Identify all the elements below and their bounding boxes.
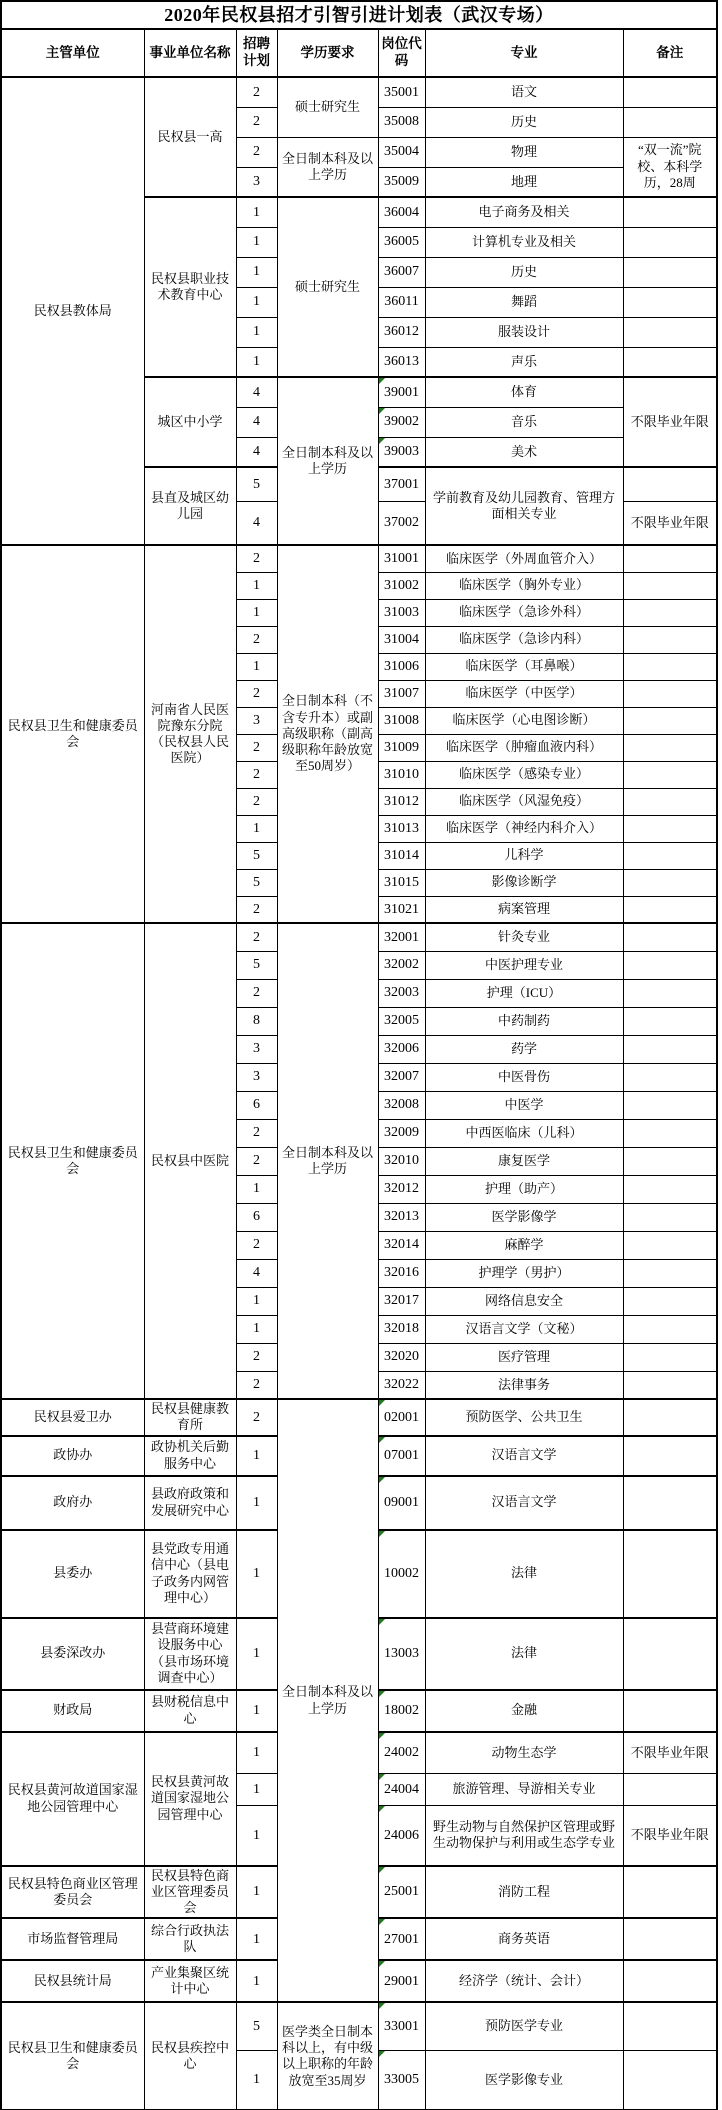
cell-major: 护理学（男护） [425, 1259, 623, 1287]
cell-count: 1 [236, 1960, 277, 2002]
count-text: 1 [253, 1646, 260, 1661]
cell-major: 护理（ICU） [425, 979, 623, 1007]
cell-note [623, 1203, 717, 1231]
cell-major: 中西医临床（儿科） [425, 1119, 623, 1147]
major-text: 电子商务及相关 [478, 204, 569, 219]
cell-code: 36013 [378, 347, 425, 377]
cell-note [623, 1343, 717, 1371]
cell-note [623, 1315, 717, 1343]
cell-major: 预防医学、公共卫生 [425, 1399, 623, 1436]
dept-text: 财政局 [53, 1702, 92, 1717]
count-text: 8 [253, 1013, 260, 1028]
cell-unit: 政协机关后勤服务中心 [144, 1436, 236, 1476]
cell-count: 6 [236, 1203, 277, 1231]
cell-count: 2 [236, 979, 277, 1007]
cell-note [623, 842, 717, 869]
cell-count: 1 [236, 1315, 277, 1343]
cell-count: 1 [236, 197, 277, 227]
major-text: 中药制药 [498, 1013, 550, 1028]
cell-code: 32018 [378, 1315, 425, 1343]
cell-note [623, 1259, 717, 1287]
count-text: 2 [253, 1153, 260, 1168]
cell-code: 18002 [378, 1690, 425, 1732]
code-text: 36011 [384, 294, 418, 309]
cell-dept: 县委办 [1, 1530, 144, 1618]
column-header-6: 备注 [623, 29, 717, 77]
edu-text: 全日制本科（不含专升本）或副高级职称（副高级职称年龄放宽至50周岁） [282, 693, 373, 773]
unit-text: 民权县疾控中心 [151, 2040, 229, 2071]
cell-major: 汉语言文学 [425, 1436, 623, 1476]
note-text: 不限毕业年限 [631, 414, 709, 429]
cell-count: 3 [236, 167, 277, 197]
count-text: 1 [253, 821, 260, 836]
cell-code: 31012 [378, 788, 425, 815]
major-text: 康复医学 [498, 1153, 550, 1168]
cell-count: 1 [236, 1732, 277, 1774]
cell-note [623, 287, 717, 317]
major-text: 美术 [511, 444, 537, 459]
unit-text: 县营商环境建设服务中心（县市场环境调查中心） [151, 1621, 229, 1685]
cell-count: 1 [236, 1175, 277, 1203]
cell-count: 2 [236, 1399, 277, 1436]
unit-text: 县政府政策和发展研究中心 [151, 1486, 229, 1517]
edu-text: 硕士研究生 [295, 279, 360, 294]
table-row: 民权县卫生和健康委员会民权县中医院2全日制本科及以上学历32001针灸专业 [1, 923, 717, 951]
comment-marker-icon [379, 1619, 385, 1625]
major-text: 预防医学、公共卫生 [465, 1409, 582, 1424]
cell-count: 2 [236, 1371, 277, 1399]
cell-major: 声乐 [425, 347, 623, 377]
code-text: 32020 [384, 1349, 419, 1364]
major-text: 历史 [511, 264, 537, 279]
cell-dept: 民权县卫生和健康委员会 [1, 2002, 144, 2110]
cell-major: 电子商务及相关 [425, 197, 623, 227]
cell-major: 中药制药 [425, 1007, 623, 1035]
code-text: 31008 [384, 713, 419, 728]
cell-code: 36012 [378, 317, 425, 347]
major-text: 临床医学（风湿免疫） [459, 793, 589, 808]
edu-text: 全日制本科及以上学历 [282, 151, 373, 182]
dept-text: 政协办 [53, 1447, 92, 1462]
cell-code: 31003 [378, 599, 425, 626]
cell-note [623, 1371, 717, 1399]
count-text: 2 [253, 740, 260, 755]
major-text: 法律事务 [498, 1377, 550, 1392]
cell-note [623, 257, 717, 287]
cell-code: 37001 [378, 467, 425, 501]
cell-note [623, 1175, 717, 1203]
cell-major: 中医护理专业 [425, 951, 623, 979]
code-text: 32016 [384, 1265, 419, 1280]
comment-marker-icon [379, 1531, 385, 1537]
cell-edu: 全日制本科及以上学历 [277, 377, 378, 545]
cell-count: 1 [236, 653, 277, 680]
cell-note: 不限毕业年限 [623, 501, 717, 545]
code-text: 32014 [384, 1237, 419, 1252]
cell-dept: 政协办 [1, 1436, 144, 1476]
cell-code: 32020 [378, 1343, 425, 1371]
code-text: 24006 [384, 1828, 419, 1843]
major-text: 法律 [511, 1645, 537, 1660]
cell-code: 25001 [378, 1866, 425, 1919]
cell-code: 36004 [378, 197, 425, 227]
cell-count: 6 [236, 1091, 277, 1119]
column-header-0: 主管单位 [1, 29, 144, 77]
code-text: 36005 [384, 234, 419, 249]
unit-text: 民权县中医院 [151, 1153, 229, 1168]
cell-major: 服装设计 [425, 317, 623, 347]
cell-code: 32002 [378, 951, 425, 979]
comment-marker-icon [379, 1867, 385, 1873]
cell-major: 临床医学（急诊外科） [425, 599, 623, 626]
code-text: 32003 [384, 985, 419, 1000]
count-text: 2 [253, 930, 260, 945]
code-text: 36013 [384, 354, 419, 369]
cell-major: 历史 [425, 107, 623, 137]
cell-major: 病案管理 [425, 896, 623, 923]
cell-code: 32014 [378, 1231, 425, 1259]
cell-note [623, 317, 717, 347]
cell-count: 2 [236, 761, 277, 788]
cell-count: 8 [236, 1007, 277, 1035]
comment-marker-icon [379, 1961, 385, 1967]
cell-count: 2 [236, 137, 277, 167]
cell-note [623, 107, 717, 137]
cell-major: 旅游管理、导游相关专业 [425, 1774, 623, 1806]
cell-count: 1 [236, 1918, 277, 1960]
cell-note [623, 1918, 717, 1960]
count-text: 4 [253, 1265, 260, 1280]
cell-code: 35004 [378, 137, 425, 167]
cell-code: 31013 [378, 815, 425, 842]
count-text: 1 [253, 1181, 260, 1196]
cell-note [623, 761, 717, 788]
cell-dept: 民权县特色商业区管理委员会 [1, 1866, 144, 1919]
comment-marker-icon [379, 2003, 385, 2009]
cell-code: 32003 [378, 979, 425, 1007]
count-text: 1 [253, 1932, 260, 1947]
count-text: 2 [253, 902, 260, 917]
code-text: 39003 [384, 444, 419, 459]
cell-major: 儿科学 [425, 842, 623, 869]
major-text: 临床医学（感染专业） [459, 766, 589, 781]
count-text: 1 [253, 324, 260, 339]
major-text: 临床医学（心电图诊断） [452, 712, 595, 727]
cell-count: 3 [236, 707, 277, 734]
count-text: 5 [253, 848, 260, 863]
cell-note [623, 1287, 717, 1315]
cell-major: 美术 [425, 437, 623, 467]
code-text: 32006 [384, 1041, 419, 1056]
note-text: 不限毕业年限 [631, 1827, 709, 1842]
comment-marker-icon [379, 1400, 385, 1406]
note-text: 不限毕业年限 [631, 1745, 709, 1760]
cell-major: 医学影像专业 [425, 2050, 623, 2110]
edu-text: 硕士研究生 [295, 99, 360, 114]
cell-major: 医疗管理 [425, 1343, 623, 1371]
count-text: 5 [253, 2019, 260, 2034]
cell-code: 31007 [378, 680, 425, 707]
table-row: 民权县爱卫办民权县健康教育所2全日制本科及以上学历02001预防医学、公共卫生 [1, 1399, 717, 1436]
major-text: 临床医学（外周血管介入） [446, 551, 602, 566]
comment-marker-icon [379, 1774, 385, 1780]
count-text: 1 [253, 1703, 260, 1718]
major-text: 中医学 [504, 1097, 543, 1112]
major-text: 汉语言文学 [491, 1494, 556, 1509]
major-text: 声乐 [511, 354, 537, 369]
cell-count: 1 [236, 1866, 277, 1919]
cell-code: 32013 [378, 1203, 425, 1231]
cell-count: 5 [236, 842, 277, 869]
cell-edu: 全日制本科及以上学历 [277, 137, 378, 197]
major-text: 临床医学（胸外专业） [459, 577, 589, 592]
cell-count: 2 [236, 1231, 277, 1259]
dept-text: 民权县特色商业区管理委员会 [8, 1876, 138, 1907]
cell-unit: 民权县职业技术教育中心 [144, 197, 236, 377]
cell-code: 24002 [378, 1732, 425, 1774]
edu-text: 全日制本科及以上学历 [282, 445, 373, 476]
cell-note [623, 1147, 717, 1175]
major-text: 医疗管理 [498, 1349, 550, 1364]
cell-count: 2 [236, 626, 277, 653]
code-text: 36007 [384, 264, 419, 279]
cell-code: 07001 [378, 1436, 425, 1476]
cell-code: 32008 [378, 1091, 425, 1119]
unit-text: 民权县一高 [157, 129, 222, 144]
code-text: 32012 [384, 1181, 419, 1196]
cell-unit: 民权县中医院 [144, 923, 236, 1399]
major-text: 影像诊断学 [491, 874, 556, 889]
cell-unit: 产业集聚区统计中心 [144, 1960, 236, 2002]
cell-major: 学前教育及幼儿园教育、管理方面相关专业 [425, 467, 623, 545]
dept-text: 政府办 [53, 1494, 92, 1509]
count-text: 1 [253, 659, 260, 674]
cell-major: 动物生态学 [425, 1732, 623, 1774]
count-text: 1 [253, 605, 260, 620]
cell-code: 31021 [378, 896, 425, 923]
count-text: 2 [253, 767, 260, 782]
cell-note [623, 1774, 717, 1806]
major-text: 临床医学（急诊外科） [459, 604, 589, 619]
unit-text: 县党政专用通信中心（县电子政务内网管理中心） [151, 1541, 229, 1605]
cell-major: 麻醉学 [425, 1231, 623, 1259]
cell-unit: 民权县黄河故道国家湿地公园管理中心 [144, 1732, 236, 1866]
code-text: 24002 [384, 1745, 419, 1760]
cell-count: 1 [236, 257, 277, 287]
cell-major: 预防医学专业 [425, 2002, 623, 2050]
cell-edu: 全日制本科及以上学历 [277, 923, 378, 1399]
count-text: 1 [253, 1566, 260, 1581]
table-row: 民权县卫生和健康委员会民权县疾控中心5医学类全日制本科以上，有中级以上职称的年龄… [1, 2002, 717, 2050]
cell-unit: 民权县疾控中心 [144, 2002, 236, 2110]
cell-code: 02001 [378, 1399, 425, 1436]
count-text: 1 [253, 578, 260, 593]
major-text: 预防医学专业 [485, 2018, 563, 2033]
major-text: 临床医学（中医学） [465, 685, 582, 700]
cell-code: 31008 [378, 707, 425, 734]
cell-note [623, 2002, 717, 2050]
cell-note [623, 1690, 717, 1732]
column-header-2: 招聘计划 [236, 29, 277, 77]
code-text: 32009 [384, 1125, 419, 1140]
major-text: 医学影像专业 [485, 2072, 563, 2087]
comment-marker-icon [379, 1477, 385, 1483]
major-text: 汉语言文学（文秘） [465, 1321, 582, 1336]
count-text: 2 [253, 1125, 260, 1140]
code-text: 24004 [384, 1782, 419, 1797]
cell-count: 1 [236, 287, 277, 317]
dept-text: 民权县卫生和健康委员会 [8, 2040, 138, 2071]
code-text: 31013 [384, 821, 419, 836]
column-header-1: 事业单位名称 [144, 29, 236, 77]
major-text: 经济学（统计、会计） [459, 1973, 589, 1988]
major-text: 汉语言文学 [491, 1447, 556, 1462]
cell-code: 29001 [378, 1960, 425, 2002]
cell-note [623, 1960, 717, 2002]
cell-note [623, 707, 717, 734]
cell-count: 5 [236, 2002, 277, 2050]
cell-code: 31014 [378, 842, 425, 869]
cell-note [623, 467, 717, 501]
cell-code: 33001 [378, 2002, 425, 2050]
cell-major: 法律 [425, 1530, 623, 1618]
code-text: 31006 [384, 659, 419, 674]
cell-edu: 医学类全日制本科以上，有中级以上职称的年龄放宽至35周岁 [277, 2002, 378, 2110]
major-text: 护理（ICU） [487, 985, 561, 1000]
cell-count: 2 [236, 680, 277, 707]
count-text: 2 [253, 1349, 260, 1364]
code-text: 31015 [384, 875, 419, 890]
code-text: 32007 [384, 1069, 419, 1084]
comment-marker-icon [379, 1437, 385, 1443]
cell-major: 汉语言文学（文秘） [425, 1315, 623, 1343]
cell-note [623, 1007, 717, 1035]
cell-code: 31006 [378, 653, 425, 680]
cell-count: 2 [236, 1147, 277, 1175]
cell-major: 语文 [425, 77, 623, 107]
cell-count: 2 [236, 77, 277, 107]
major-text: 舞蹈 [511, 294, 537, 309]
cell-count: 1 [236, 599, 277, 626]
cell-code: 32001 [378, 923, 425, 951]
cell-major: 音乐 [425, 407, 623, 437]
note-text: 不限毕业年限 [631, 515, 709, 530]
major-text: 学前教育及幼儿园教育、管理方面相关专业 [433, 490, 615, 521]
code-text: 31010 [384, 767, 419, 782]
unit-text: 政协机关后勤服务中心 [151, 1439, 229, 1470]
count-text: 2 [253, 1377, 260, 1392]
cell-note: “双一流”院校、本科学历，28周 [623, 137, 717, 197]
count-text: 4 [253, 414, 260, 429]
code-text: 39002 [384, 414, 419, 429]
cell-major: 临床医学（感染专业） [425, 761, 623, 788]
count-text: 2 [253, 85, 260, 100]
cell-count: 2 [236, 734, 277, 761]
comment-marker-icon [379, 408, 385, 414]
code-text: 32001 [384, 930, 419, 945]
cell-code: 39003 [378, 437, 425, 467]
count-text: 2 [253, 1237, 260, 1252]
cell-code: 31002 [378, 572, 425, 599]
cell-unit: 县财税信息中心 [144, 1690, 236, 1732]
cell-note [623, 869, 717, 896]
comment-marker-icon [379, 1733, 385, 1739]
code-text: 36004 [384, 205, 419, 220]
code-text: 18002 [384, 1703, 419, 1718]
major-text: 语文 [511, 84, 537, 99]
count-text: 2 [253, 114, 260, 129]
cell-count: 2 [236, 896, 277, 923]
code-text: 33005 [384, 2072, 419, 2087]
cell-count: 4 [236, 1259, 277, 1287]
comment-marker-icon [379, 2051, 385, 2057]
cell-count: 4 [236, 377, 277, 407]
cell-note [623, 815, 717, 842]
cell-count: 1 [236, 572, 277, 599]
comment-marker-icon [379, 1919, 385, 1925]
count-text: 1 [253, 1321, 260, 1336]
count-text: 1 [253, 1782, 260, 1797]
edu-text: 医学类全日制本科以上，有中级以上职称的年龄放宽至35周岁 [282, 2024, 373, 2088]
cell-count: 2 [236, 545, 277, 572]
cell-count: 1 [236, 1436, 277, 1476]
count-text: 2 [253, 1410, 260, 1425]
page-title: 2020年民权县招才引智引进计划表（武汉专场） [1, 1, 717, 29]
cell-note [623, 1476, 717, 1530]
unit-text: 县直及城区幼儿园 [151, 490, 229, 521]
cell-count: 3 [236, 1035, 277, 1063]
cell-code: 31001 [378, 545, 425, 572]
code-text: 32005 [384, 1013, 419, 1028]
major-text: 麻醉学 [504, 1237, 543, 1252]
unit-text: 民权县职业技术教育中心 [151, 271, 229, 302]
code-text: 32010 [384, 1153, 419, 1168]
cell-note [623, 1063, 717, 1091]
cell-count: 1 [236, 2050, 277, 2110]
cell-note [623, 599, 717, 626]
cell-count: 2 [236, 107, 277, 137]
count-text: 3 [253, 1069, 260, 1084]
count-text: 6 [253, 1097, 260, 1112]
major-text: 护理学（男护） [478, 1265, 569, 1280]
cell-count: 3 [236, 1063, 277, 1091]
code-text: 02001 [384, 1410, 419, 1425]
code-text: 35008 [384, 114, 419, 129]
cell-major: 商务英语 [425, 1918, 623, 1960]
unit-text: 县财税信息中心 [151, 1694, 229, 1725]
cell-code: 33005 [378, 2050, 425, 2110]
count-text: 2 [253, 686, 260, 701]
cell-dept: 民权县卫生和健康委员会 [1, 545, 144, 923]
major-text: 野生动物与自然保护区管理或野生动物保护与利用或生态学专业 [433, 1819, 615, 1850]
cell-code: 13003 [378, 1618, 425, 1690]
cell-count: 2 [236, 788, 277, 815]
count-text: 1 [253, 354, 260, 369]
code-text: 32008 [384, 1097, 419, 1112]
count-text: 1 [253, 1495, 260, 1510]
cell-count: 1 [236, 1476, 277, 1530]
major-text: 护理（助产） [485, 1181, 563, 1196]
edu-text: 全日制本科及以上学历 [282, 1684, 373, 1715]
cell-unit: 县直及城区幼儿园 [144, 467, 236, 545]
cell-unit: 河南省人民医院豫东分院（民权县人民医院） [144, 545, 236, 923]
code-text: 32018 [384, 1321, 419, 1336]
dept-text: 民权县爱卫办 [34, 1409, 112, 1424]
cell-code: 35008 [378, 107, 425, 137]
major-text: 临床医学（神经内科介入） [446, 820, 602, 835]
cell-dept: 民权县爱卫办 [1, 1399, 144, 1436]
code-text: 32013 [384, 1209, 419, 1224]
